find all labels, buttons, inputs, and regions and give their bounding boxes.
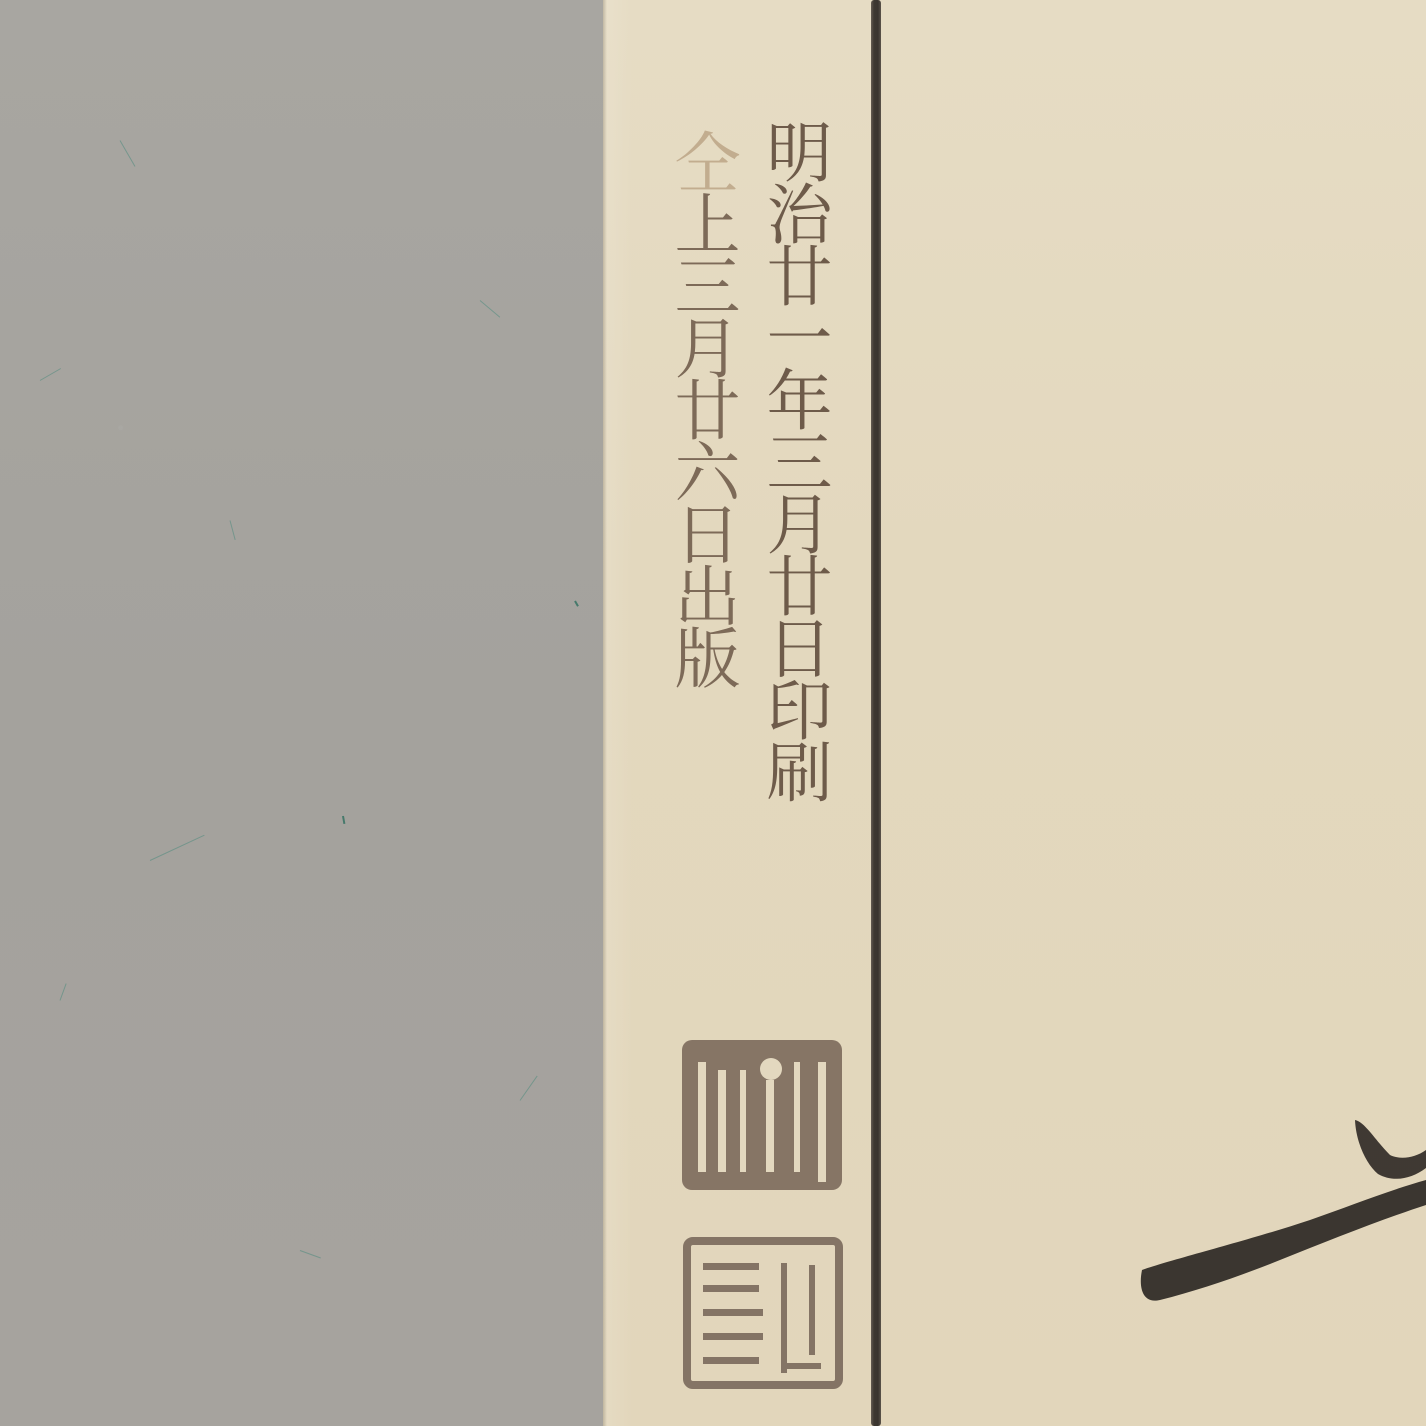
paper-fiber [120, 140, 136, 166]
paper-fiber [150, 835, 205, 861]
seal-glyph-stroke [703, 1263, 759, 1270]
seal-glyph-stroke [718, 1070, 726, 1172]
seal-glyph-stroke [703, 1357, 759, 1364]
seal-glyph-stroke [818, 1062, 826, 1182]
paper-fiber [480, 300, 501, 317]
paper-fiber [40, 368, 61, 381]
paper-fiber [60, 983, 67, 1000]
seal-glyph-stroke [781, 1263, 787, 1373]
gray-mount-paper [0, 0, 603, 1426]
publication-date-column: 仝上三月廿六日出版 [668, 128, 734, 686]
seal-glyph-stroke [760, 1058, 782, 1080]
artist-seal-lower [683, 1237, 843, 1389]
seal-glyph-stroke [703, 1309, 763, 1316]
brushstroke-fragment [1130, 1100, 1426, 1360]
printing-date-text: 明治廿一年三月廿日印刷 [760, 118, 826, 800]
paper-fiber [574, 601, 579, 607]
seal-glyph-stroke [766, 1080, 774, 1172]
paper-fiber [230, 520, 236, 540]
seal-glyph-stroke [703, 1333, 763, 1340]
paper-fiber [342, 816, 345, 824]
artist-seal-upper [682, 1040, 842, 1190]
seal-glyph-stroke [781, 1363, 821, 1369]
paper-fiber [520, 1076, 538, 1101]
seal-glyph-stroke [794, 1062, 800, 1172]
above-text: 上 [663, 190, 740, 252]
paper-fiber [300, 1250, 321, 1258]
seal-glyph-stroke [703, 1285, 759, 1292]
seal-glyph-stroke [698, 1062, 706, 1172]
seal-glyph-stroke [740, 1070, 746, 1172]
publication-date-text: 三月廿六日出版 [663, 252, 740, 686]
print-border-line [871, 0, 881, 1426]
ditto-mark-text: 仝 [663, 128, 740, 190]
seal-glyph-stroke [809, 1265, 815, 1355]
